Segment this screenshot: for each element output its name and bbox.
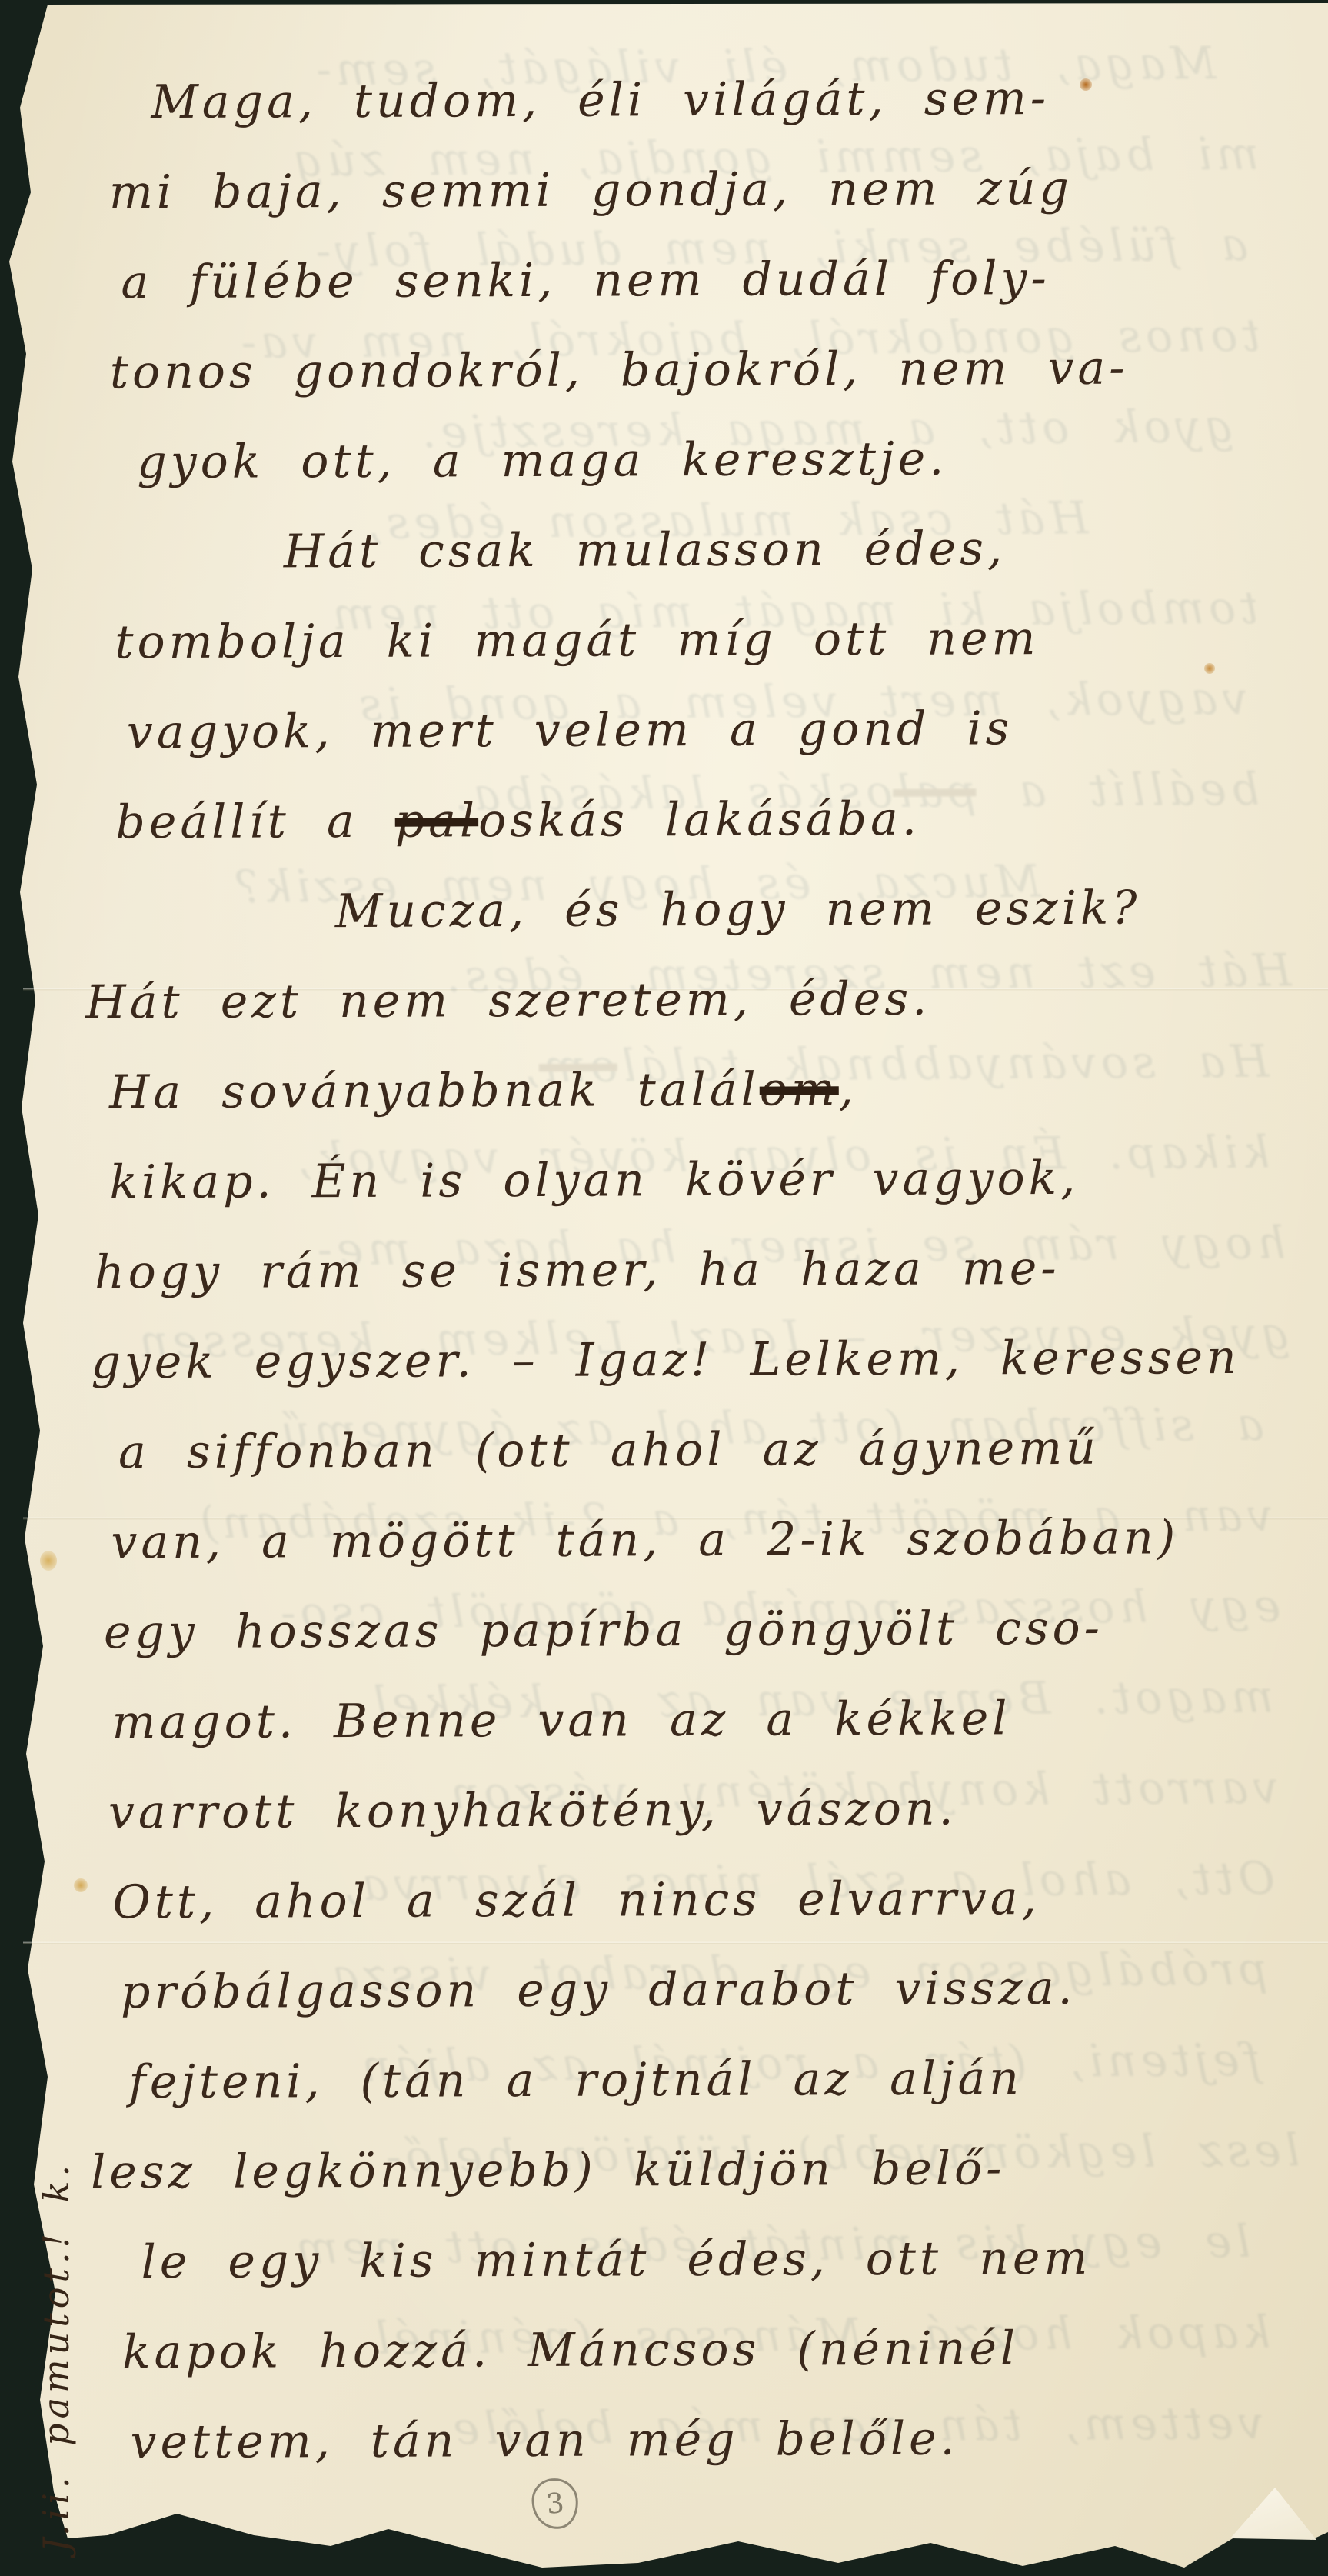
letter-line: kikap. Én is olyan kövér vagyok, (82, 1132, 1320, 1228)
letter-line: gyok ott, a maga keresztje. (79, 413, 1316, 508)
line-text: fejteni, (tán a rojtnál az alján (128, 2051, 1023, 2109)
letter-line: mi baja, semmi gondja, nem zúg (78, 143, 1316, 238)
letter-line: tombolja ki magát míg ott nem (80, 592, 1317, 688)
line-text: Hát csak mulasson édes, (284, 522, 1006, 578)
letter-line: vettem, tán van még belőle. (88, 2392, 1325, 2488)
line-text: Ott, ahol a szál nincs elvarrva, (112, 1871, 1040, 1929)
line-text: a fülébe senki, nem dudál foly- (121, 252, 1050, 309)
line-text: vettem, tán van még belőle. (130, 2412, 958, 2470)
letter-line: gyek egyszer. – Igaz! Lelkem, keressen (83, 1312, 1320, 1408)
letter-line: fejteni, (tán a rojtnál az alján (86, 2032, 1323, 2128)
letter-line: Ha soványabbnak találom, (82, 1042, 1320, 1138)
line-text: tonos gondokról, bajokról, nem va- (110, 342, 1129, 400)
line-text: hogy rám se ismer, ha haza me- (95, 1241, 1060, 1299)
line-text: a siffonban (ott ahol az ágynemű (118, 1421, 1100, 1480)
letter-line: Maga, tudom, éli világát, sem- (78, 53, 1315, 148)
line-text: varrott konyhakötény, vászon. (108, 1782, 957, 1840)
line-text: gyok ott, a maga keresztje. (137, 432, 947, 490)
line-text: le egy kis mintát édes, ott nem (141, 2231, 1091, 2289)
letter-line: Ott, ahol a szál nincs elvarrva, (85, 1852, 1323, 1948)
line-text: mi baja, semmi gondja, nem zúg (109, 162, 1073, 219)
line-text: magot. Benne van az a kékkel (111, 1691, 1010, 1749)
letter-line: Hát ezt nem szeretem, édes. (82, 952, 1319, 1048)
letter-line: tonos gondokról, bajokról, nem va- (79, 323, 1316, 418)
letter-line: varrott konyhakötény, vászon. (85, 1762, 1323, 1858)
letter-line: magot. Benne van az a kékkel (85, 1672, 1322, 1768)
line-text: Ha soványabbnak talál (109, 1063, 760, 1120)
letter-line: a siffonban (ott ahol az ágynemű (84, 1402, 1321, 1498)
line-text: egy hosszas papírba göngyölt cso- (104, 1601, 1103, 1660)
letter-line: van, a mögött tán, a 2-ik szobában) (84, 1492, 1321, 1588)
struck-word: pal (395, 794, 479, 848)
line-text: beállít a (115, 795, 395, 850)
letter-line: hogy rám se ismer, ha haza me- (83, 1222, 1320, 1318)
letter-line: Mucza, és hogy nem eszik? (82, 862, 1319, 958)
letter-line: Hát csak mulasson édes, (80, 502, 1317, 598)
line-text: próbálgasson egy darabot vissza. (121, 1961, 1077, 2019)
letter-line: a fülébe senki, nem dudál foly- (78, 233, 1316, 328)
letter-line: le egy kis mintát édes, ott nem (87, 2212, 1324, 2308)
line-text: kapok hozzá. Máncsos (néninél (122, 2321, 1019, 2379)
margin-note: J.ii. pamutot.! k. (35, 2161, 77, 2552)
line-text: Mucza, és hogy nem eszik? (335, 881, 1141, 939)
letter-line: egy hosszas papírba göngyölt cso- (85, 1582, 1322, 1678)
letter-line: kapok hozzá. Máncsos (néninél (88, 2302, 1325, 2398)
line-text: Maga, tudom, éli világát, sem- (151, 72, 1050, 129)
line-text: gyek egyszer. – Igaz! Lelkem, keressen (91, 1331, 1240, 1390)
letter-line: beállít a paloskás lakásába. (81, 772, 1318, 868)
line-text: , (839, 1062, 857, 1116)
line-text: Hát ezt nem szeretem, édes. (85, 972, 930, 1030)
page-number: 3 (544, 2487, 565, 2520)
letter-body: Maga, tudom, éli világát, sem-mi baja, s… (78, 53, 1326, 2488)
line-text: lesz legkönnyebb) küldjön belő- (91, 2141, 1006, 2199)
letter-line: vagyok, mert velem a gond is (81, 682, 1318, 778)
line-text: vagyok, mert velem a gond is (127, 701, 1013, 759)
line-text: van, a mögött tán, a 2-ik szobában) (111, 1511, 1179, 1569)
line-text: tombolja ki magát míg ott nem (115, 612, 1039, 669)
letter-line: próbálgasson egy darabot vissza. (86, 1942, 1323, 2038)
line-text: kikap. Én is olyan kövér vagyok, (109, 1151, 1079, 1210)
struck-word: om (760, 1062, 839, 1116)
line-text: oskás lakásába. (478, 792, 920, 848)
letter-line: lesz legkönnyebb) küldjön belő- (87, 2122, 1324, 2218)
scanned-letter-page: { "letter": { "language": "Hungarian", "… (0, 0, 1328, 2576)
